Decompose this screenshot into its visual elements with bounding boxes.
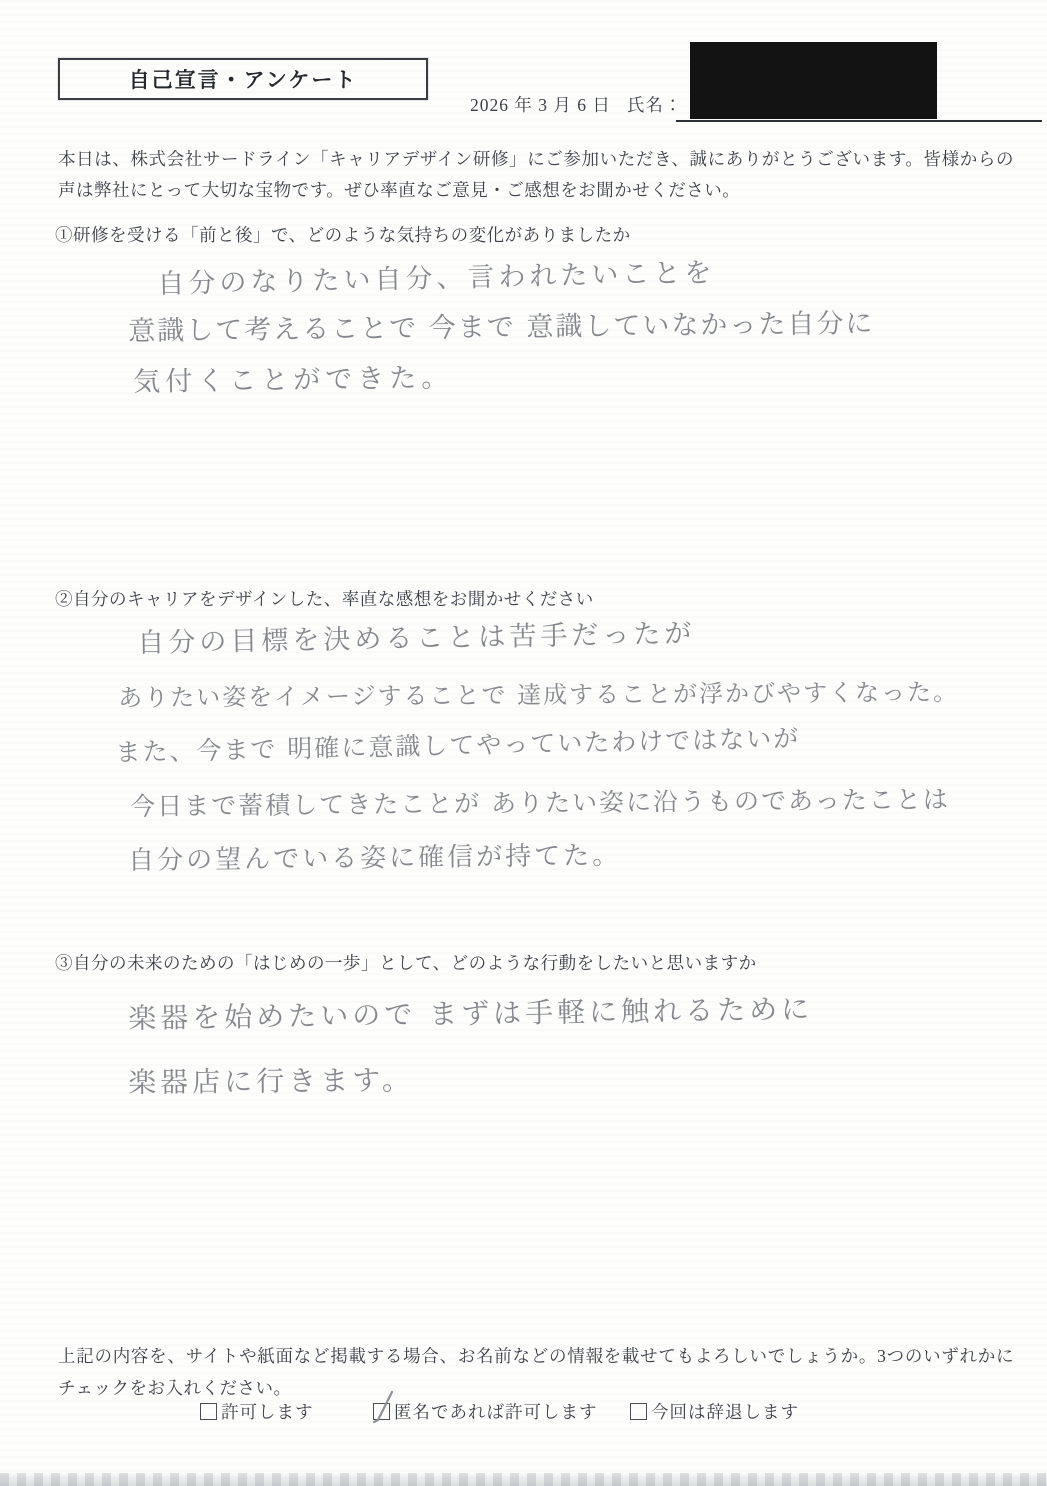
consent-option-label: 今回は辞退します — [651, 1399, 799, 1424]
handwritten-line: 気付くことができた。 — [133, 356, 454, 399]
handwritten-line: ありたい姿をイメージすることで 達成することが浮かびやすくなった。 — [118, 672, 959, 713]
consent-option-permit[interactable]: 許可します — [200, 1399, 314, 1424]
consent-option-permit-anonymous[interactable]: 匿名であれば許可します — [373, 1399, 598, 1424]
consent-option-label: 匿名であれば許可します — [394, 1399, 598, 1424]
date-text: 2026 年 3 月 6 日 — [470, 92, 611, 117]
consent-option-label: 許可します — [221, 1399, 314, 1424]
form-title: 自己宣言・アンケート — [129, 64, 358, 94]
form-title-box: 自己宣言・アンケート — [58, 58, 428, 100]
handwritten-line: また、今まで 明確に意識してやっていたわけではないが — [115, 719, 801, 769]
handwritten-line: 楽器店に行きます。 — [128, 1059, 414, 1101]
scan-edge-artifact — [0, 1473, 1047, 1486]
scanned-survey-page: 自己宣言・アンケート 2026 年 3 月 6 日 氏名： 本日は、株式会社サー… — [0, 0, 1047, 1486]
question-2-label: ②自分のキャリアをデザインした、率直な感想をお聞かせください — [55, 586, 1015, 611]
handwritten-line: 意識して考えることで 今まで 意識していなかった自分に — [128, 301, 875, 348]
consent-option-decline[interactable]: 今回は辞退します — [630, 1399, 799, 1424]
handwritten-line: 自分の望んでいる姿に確信が持てた。 — [128, 835, 621, 877]
pencil-checkmark-icon — [370, 1390, 398, 1426]
question-3-label: ③自分の未来のための「はじめの一歩」として、どのような行動をしたいと思いますか — [55, 950, 1015, 975]
handwritten-line: 自分のなりたい自分、言われたいことを — [157, 250, 716, 301]
intro-paragraph: 本日は、株式会社サードライン「キャリアデザイン研修」にご参加いただき、誠にありが… — [58, 144, 1014, 207]
checkbox-icon[interactable] — [630, 1403, 647, 1420]
handwritten-line: 今日まで蓄積してきたことが ありたい姿に沿うものであったことは — [130, 780, 950, 823]
redacted-name-box — [690, 42, 937, 119]
checkbox-icon[interactable] — [373, 1403, 390, 1420]
consent-note: 上記の内容を、サイトや紙面など掲載する場合、お名前などの情報を載せてもよろしいで… — [58, 1340, 1014, 1405]
handwritten-line: 自分の目標を決めることは苦手だったが — [137, 611, 696, 660]
question-1-label: ①研修を受ける「前と後」で、どのような気持ちの変化がありましたか — [55, 222, 1015, 247]
name-field-label: 氏名： — [627, 92, 683, 117]
handwritten-line: 楽器を始めたいので まずは手軽に触れるために — [128, 987, 813, 1037]
checkbox-icon[interactable] — [200, 1403, 217, 1420]
